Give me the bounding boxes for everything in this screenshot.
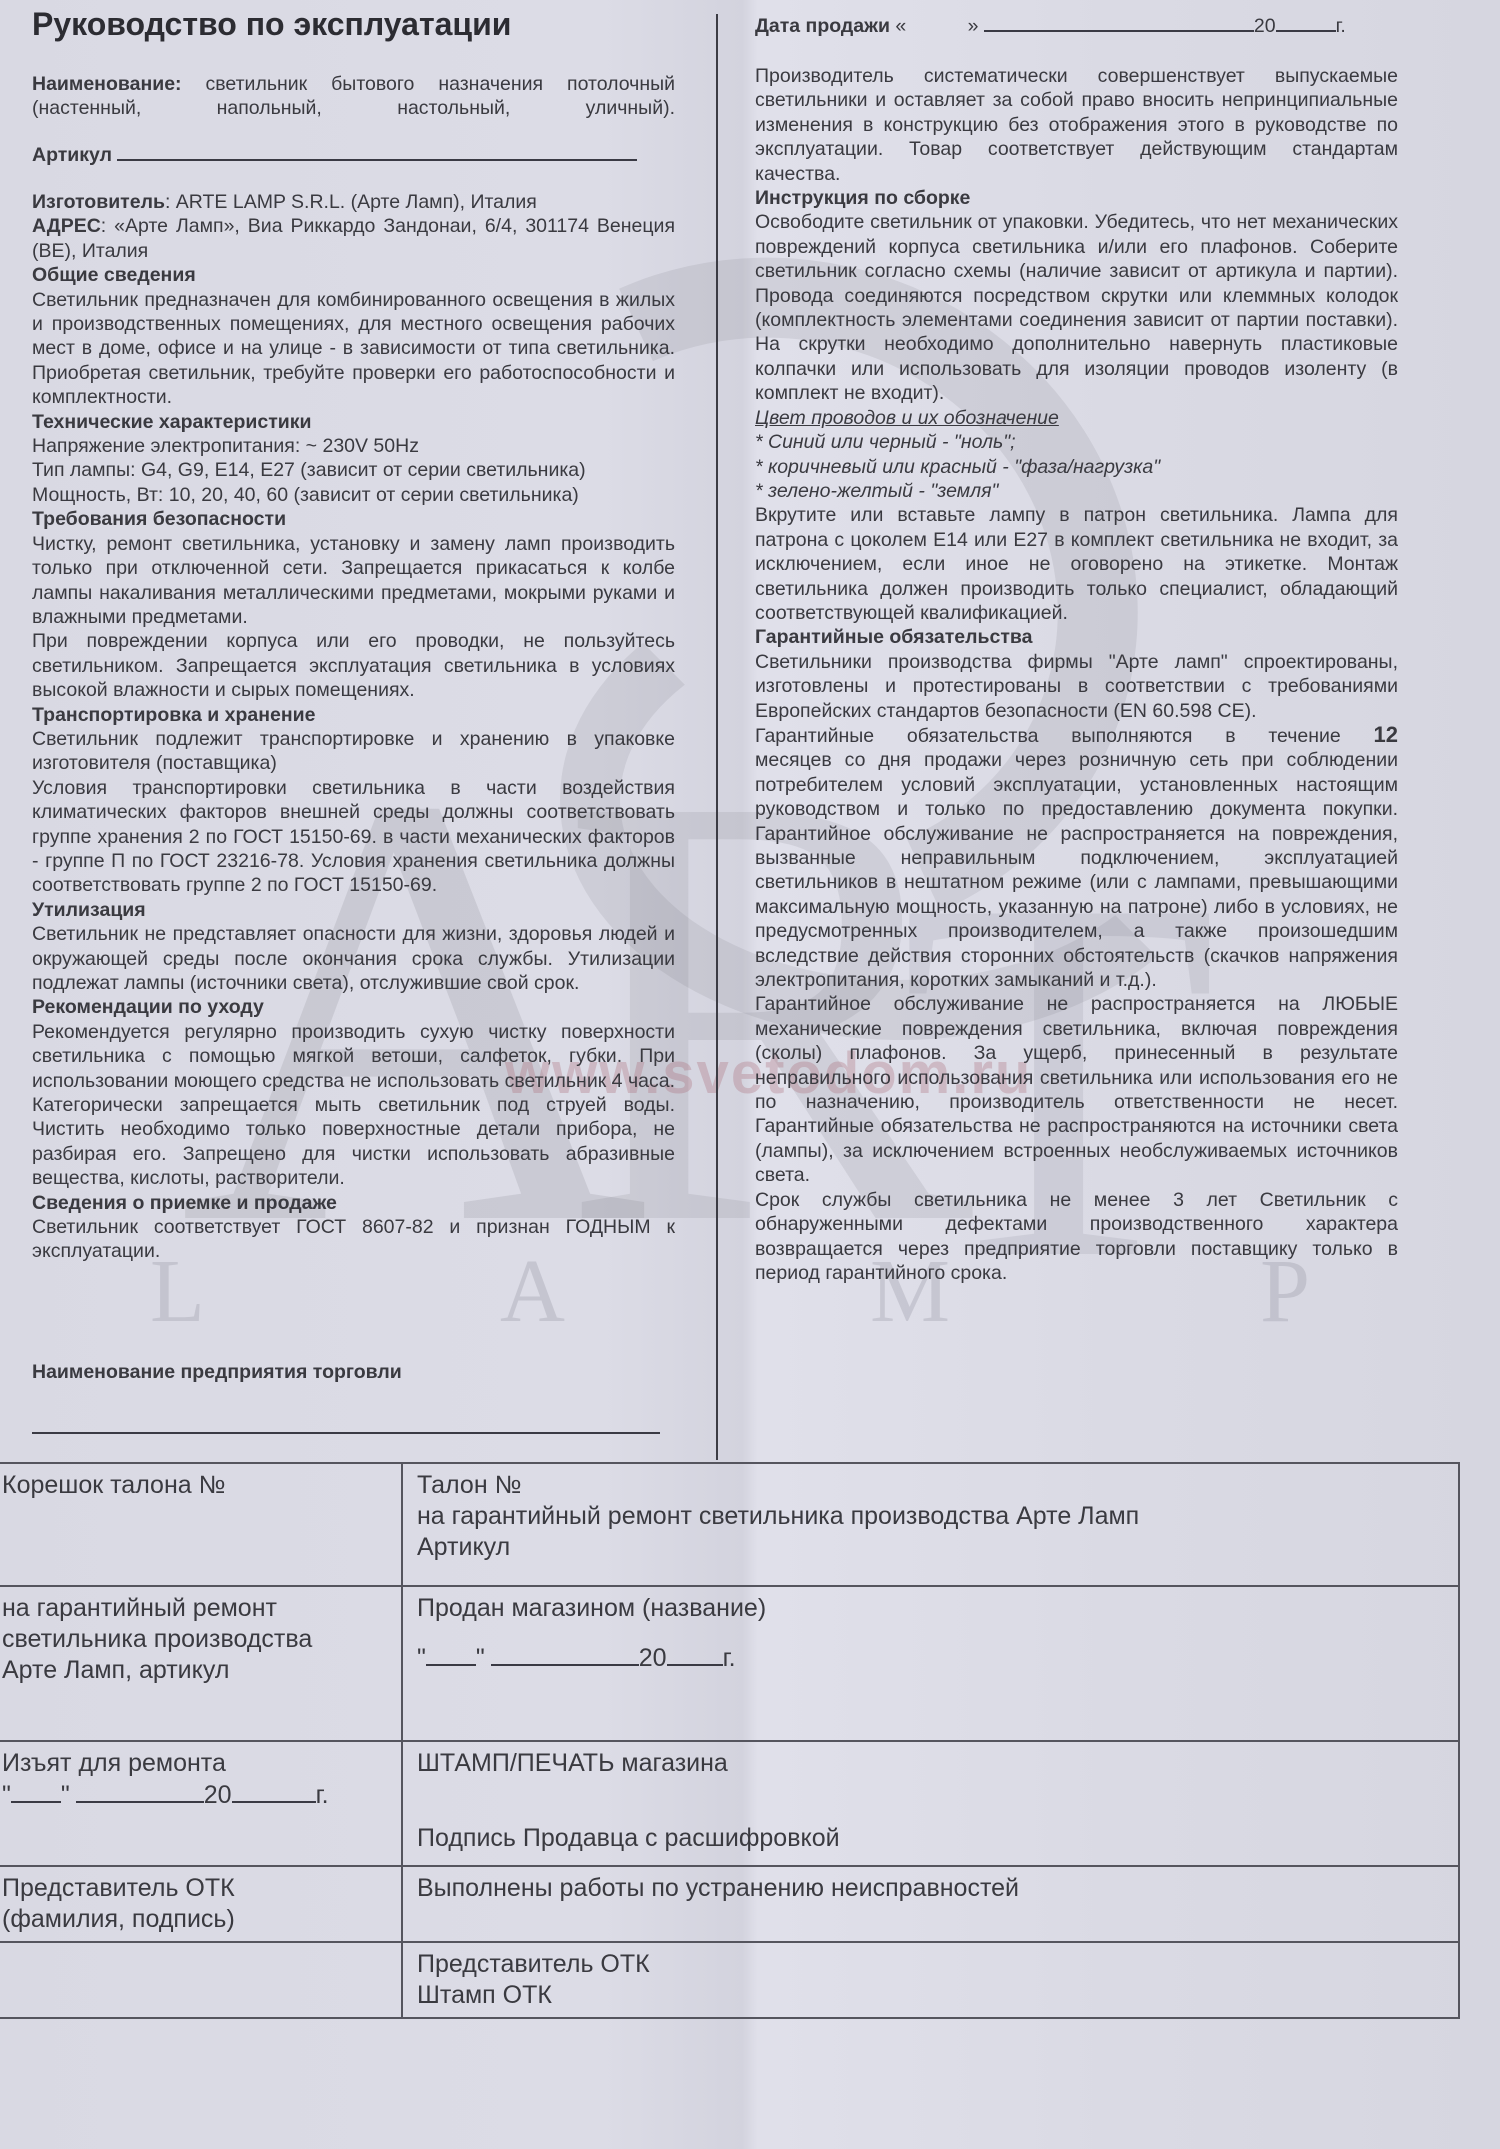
warranty-months-handwritten[interactable]: 12 [1374, 722, 1398, 747]
qc-rep-label: Представитель ОТК [2, 1873, 387, 1904]
coupon-stub-cell[interactable]: Изъят для ремонта ""20г. [0, 1741, 402, 1866]
month-blank[interactable] [76, 1779, 204, 1803]
qc-stamp-label: Штамп ОТК [417, 1980, 1444, 2011]
quote-close: » [968, 15, 979, 37]
section-heading-assembly: Инструкция по сборке [755, 186, 1398, 210]
assembly-text: Освободите светильник от упаковки. Убеди… [755, 210, 1398, 405]
right-body: Производитель систематически совершенств… [755, 64, 1398, 1285]
wire-item: * зелено-желтый - "земля" [755, 479, 1398, 503]
tech-line: Мощность, Вт: 10, 20, 40, 60 (зависит от… [32, 483, 675, 507]
warranty-exclusions-text: Гарантийное обслуживание не распространя… [755, 992, 1398, 1187]
quote-open: « [895, 15, 906, 37]
year-blank[interactable] [232, 1779, 316, 1803]
coupon-stub-cell[interactable]: на гарантийный ремонт светильника произв… [0, 1586, 402, 1741]
intro-text: Производитель систематически совершенств… [755, 64, 1398, 186]
section-heading-safety: Требования безопасности [32, 507, 675, 531]
coupon-number-label: Талон № [417, 1470, 1444, 1501]
coupon-cell[interactable]: Представитель ОТК Штамп ОТК [402, 1942, 1459, 2018]
coupon-cell[interactable]: ШТАМП/ПЕЧАТЬ магазина Подпись Продавца с… [402, 1741, 1459, 1866]
stub-number-label: Корешок талона № [2, 1470, 387, 1501]
sale-month-blank[interactable] [984, 30, 1254, 32]
sale-year-blank[interactable] [1276, 30, 1336, 32]
manufacturer-value: : ARTE LAMP S.R.L. (Арте Ламп), Италия [165, 191, 537, 213]
general-text: Светильник предназначен для комбинирован… [32, 288, 675, 410]
warranty-period-text: Гарантийные обязательства выполняются в … [755, 725, 1341, 747]
sold-by-store-label: Продан магазином (название) [417, 1593, 1444, 1624]
section-heading-warranty: Гарантийные обязательства [755, 625, 1398, 649]
article-input-line[interactable] [117, 159, 637, 161]
warranty-coupon-table: Корешок талона № Талон № на гарантийный … [0, 1462, 1460, 2019]
wire-item: * коричневый или красный - "фаза/нагрузк… [755, 455, 1398, 479]
manufacturer-label: Изготовитель [32, 191, 165, 213]
coupon-stub-cell[interactable]: Корешок талона № [0, 1463, 402, 1586]
table-row: Изъят для ремонта ""20г. ШТАМП/ПЕЧАТЬ ма… [0, 1741, 1459, 1866]
year-prefix: 20 [204, 1781, 232, 1809]
section-heading-tech: Технические характеристики [32, 410, 675, 434]
withdrawn-date-field: ""20г. [2, 1779, 387, 1811]
service-life-text: Срок службы светильника не менее 3 лет С… [755, 1188, 1398, 1286]
month-blank[interactable] [491, 1642, 639, 1666]
wire-item: * Синий или черный - "ноль"; [755, 430, 1398, 454]
disposal-text: Светильник не представляет опасности для… [32, 922, 675, 995]
trade-enterprise-input-line[interactable] [32, 1432, 660, 1434]
withdrawn-label: Изъят для ремонта [2, 1748, 387, 1779]
sale-date-label: Дата продажи [755, 15, 890, 37]
page-title: Руководство по эксплуатации [32, 12, 511, 36]
coupon-article-label: Артикул [417, 1532, 1444, 1563]
transport-text: Светильник подлежит транспортировке и хр… [32, 727, 675, 776]
coupon-cell[interactable]: Выполнены работы по устранению неисправн… [402, 1866, 1459, 1942]
year-prefix: 20 [639, 1644, 667, 1672]
sale-year-prefix: 20 [1254, 15, 1276, 37]
section-heading-acceptance: Сведения о приемке и продаже [32, 1191, 675, 1215]
coupon-cell[interactable]: Продан магазином (название) ""20г. [402, 1586, 1459, 1741]
acceptance-text: Светильник соответствует ГОСТ 8607-82 и … [32, 1215, 675, 1264]
warranty-text: Гарантийные обязательства выполняются в … [755, 723, 1398, 748]
section-heading-disposal: Утилизация [32, 898, 675, 922]
year-suffix: г. [723, 1644, 736, 1672]
stub-text: на гарантийный ремонт [2, 1593, 387, 1624]
coupon-purpose-text: на гарантийный ремонт светильника произв… [417, 1501, 1444, 1532]
article-label: Артикул [32, 144, 112, 166]
sold-date-field: ""20г. [417, 1642, 1444, 1674]
day-blank[interactable] [426, 1642, 476, 1666]
tech-line: Напряжение электропитания: ~ 230V 50Hz [32, 434, 675, 458]
column-divider [716, 14, 718, 1460]
day-blank[interactable] [11, 1779, 61, 1803]
seller-signature-label: Подпись Продавца с расшифровкой [417, 1823, 1444, 1854]
warranty-text: месяцев со дня продажи через розничную с… [755, 748, 1398, 992]
table-row: Корешок талона № Талон № на гарантийный … [0, 1463, 1459, 1586]
address-value: : «Арте Ламп», Виа Риккардо Зандонаи, 6/… [32, 215, 675, 261]
care-text: Рекомендуется регулярно производить суху… [32, 1020, 675, 1191]
coupon-stub-cell[interactable]: Представитель ОТК (фамилия, подпись) [0, 1866, 402, 1942]
section-heading-general: Общие сведения [32, 263, 675, 287]
section-heading-transport: Транспортировка и хранение [32, 703, 675, 727]
safety-text: Чистку, ремонт светильника, установку и … [32, 532, 675, 630]
table-row: Представитель ОТК Штамп ОТК [0, 1942, 1459, 2018]
wires-heading: Цвет проводов и их обозначение [755, 406, 1398, 430]
year-suffix: г. [1336, 15, 1346, 37]
qc-rep-label: Представитель ОТК [417, 1949, 1444, 1980]
warranty-text: Светильники производства фирмы "Арте лам… [755, 650, 1398, 723]
tech-line: Тип лампы: G4, G9, E14, E27 (зависит от … [32, 458, 675, 482]
product-name-block: Наименование: светильник бытового назнач… [32, 72, 675, 121]
product-name-label: Наименование: [32, 73, 182, 95]
section-heading-care: Рекомендации по уходу [32, 995, 675, 1019]
table-row: на гарантийный ремонт светильника произв… [0, 1586, 1459, 1741]
repairs-done-label: Выполнены работы по устранению неисправн… [417, 1873, 1444, 1904]
transport-text: Условия транспортировки светильника в ча… [32, 776, 675, 898]
stub-text: светильника производства [2, 1624, 387, 1655]
table-row: Представитель ОТК (фамилия, подпись) Вып… [0, 1866, 1459, 1942]
coupon-stub-cell[interactable] [0, 1942, 402, 2018]
year-suffix: г. [316, 1781, 329, 1809]
qc-rep-hint: (фамилия, подпись) [2, 1904, 387, 1935]
lamp-text: Вкрутите или вставьте лампу в патрон све… [755, 503, 1398, 625]
year-blank[interactable] [667, 1642, 723, 1666]
safety-text: При повреждении корпуса или его проводки… [32, 629, 675, 702]
address-label: АДРЕС [32, 215, 101, 237]
store-stamp-label: ШТАМП/ПЕЧАТЬ магазина [417, 1748, 1444, 1779]
trade-enterprise-field: Наименование предприятия торговли [32, 1360, 675, 1434]
stub-text: Арте Ламп, артикул [2, 1655, 387, 1686]
sale-date-field: Дата продажи « » 20г. [755, 14, 1398, 38]
coupon-cell[interactable]: Талон № на гарантийный ремонт светильник… [402, 1463, 1459, 1586]
article-field: Артикул [32, 143, 675, 167]
manufacturer-block: Изготовитель: ARTE LAMP S.R.L. (Арте Лам… [32, 190, 675, 1264]
trade-enterprise-label: Наименование предприятия торговли [32, 1360, 675, 1384]
